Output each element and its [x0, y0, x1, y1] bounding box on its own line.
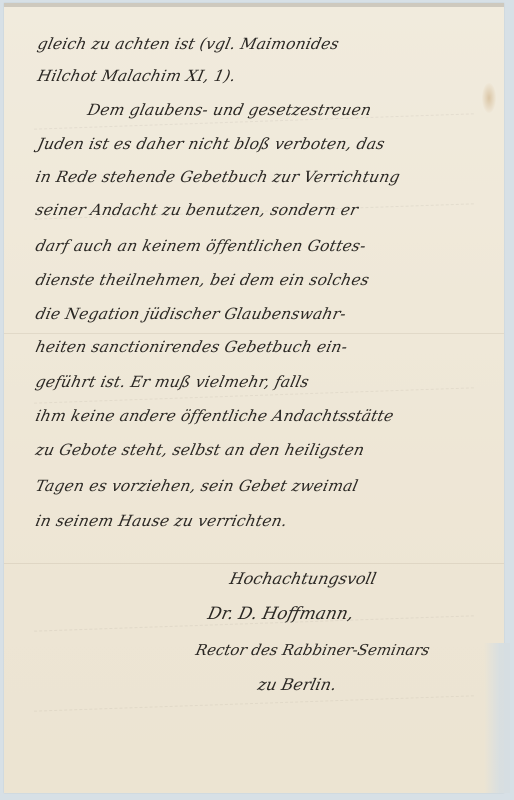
- body-line-1: gleich zu achten ist (vgl. Maimonides: [36, 37, 340, 53]
- body-line-5: in Rede stehende Gebetbuch zur Verrichtu…: [34, 170, 401, 186]
- body-line-9: die Negation jüdischer Glaubenswahr-: [34, 307, 347, 323]
- fold-line: [4, 563, 504, 564]
- body-line-4: Juden ist es daher nicht bloß verboten, …: [36, 137, 386, 153]
- body-line-11: geführt ist. Er muß vielmehr, falls: [34, 375, 310, 391]
- closing-salutation: Hochachtungsvoll: [228, 569, 378, 588]
- body-line-3: Dem glaubens- und gesetzestreuen: [86, 103, 373, 119]
- paper-stain: [482, 83, 496, 113]
- body-line-13: zu Gebote steht, selbst an den heiligste…: [34, 443, 366, 459]
- signature-name: Dr. D. Hoffmann,: [206, 604, 355, 624]
- body-line-6: seiner Andacht zu benutzen, sondern er: [34, 203, 359, 219]
- body-line-12: ihm keine andere öffentliche Andachtsstä…: [34, 409, 395, 425]
- body-line-10: heiten sanctionirendes Gebetbuch ein-: [34, 340, 349, 356]
- scanned-document: gleich zu achten ist (vgl. Maimonides Hi…: [0, 0, 514, 800]
- signature-location: zu Berlin.: [256, 675, 338, 694]
- letter-page: gleich zu achten ist (vgl. Maimonides Hi…: [4, 3, 504, 793]
- body-line-14: Tagen es vorziehen, sein Gebet zweimal: [34, 479, 359, 495]
- ink-bleed-through: [34, 695, 474, 713]
- page-top-edge: [4, 3, 504, 7]
- body-line-15: in seinem Hause zu verrichten.: [34, 514, 289, 530]
- torn-right-edge: [484, 643, 510, 793]
- body-line-8: dienste theilnehmen, bei dem ein solches: [34, 273, 371, 289]
- body-line-2: Hilchot Malachim XI, 1).: [36, 69, 237, 85]
- body-line-7: darf auch an keinem öffentlichen Gottes-: [34, 239, 367, 255]
- fold-line: [4, 333, 504, 334]
- signature-title: Rector des Rabbiner-Seminars: [194, 641, 431, 659]
